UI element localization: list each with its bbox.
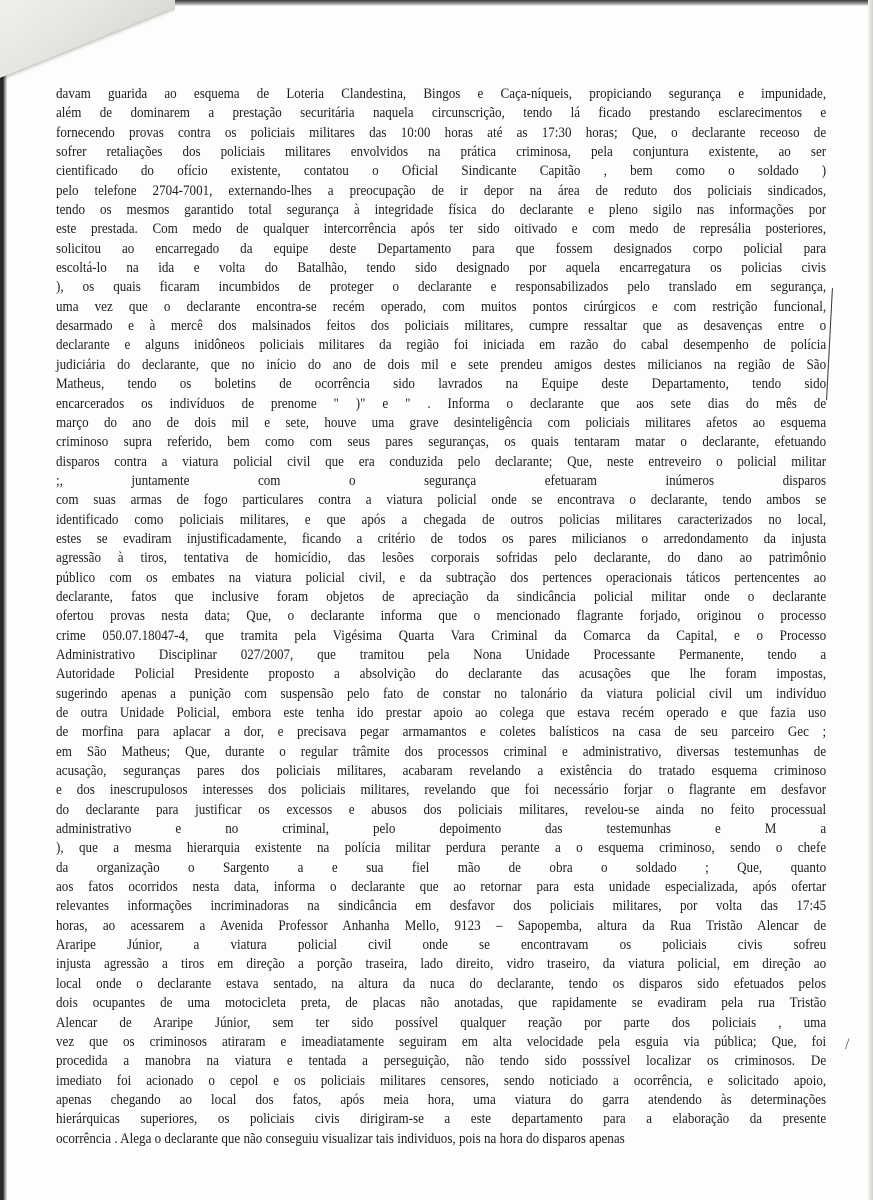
text-line: injusta agressão a tiros em direção a po… bbox=[56, 954, 826, 973]
text-line: vez que os criminosos atiraram e imeadia… bbox=[56, 1032, 826, 1051]
text-line: ;, juntamente com o segurança efetuaram … bbox=[56, 471, 826, 490]
text-line: estes se evadiram injustificadamente, fi… bbox=[56, 529, 826, 548]
text-line: de outra Unidade Policial, embora este t… bbox=[56, 703, 826, 722]
text-line: imediato foi acionado o cepol e os polic… bbox=[56, 1071, 826, 1090]
text-line: ocorrência . Alega o declarante que não … bbox=[56, 1129, 826, 1148]
text-line: ), os quais ficaram incumbidos de proteg… bbox=[56, 277, 826, 296]
text-line: apenas chegando ao local dos fatos, após… bbox=[56, 1090, 826, 1109]
text-line: tendo os mesmos garantido total seguranç… bbox=[56, 200, 826, 219]
document-body: davam guarida ao esquema de Loteria Clan… bbox=[56, 84, 826, 1148]
text-line: com suas armas de fogo particulares cont… bbox=[56, 490, 826, 509]
text-line: Autoridade Policial Presidente proposto … bbox=[56, 664, 826, 683]
text-line: davam guarida ao esquema de Loteria Clan… bbox=[56, 84, 826, 103]
text-line: e dos inescrupulosos interesses dos poli… bbox=[56, 780, 826, 799]
text-line: aos fatos ocorridos nesta data, informa … bbox=[56, 877, 826, 896]
text-line: este prestada. Com medo de qualquer inte… bbox=[56, 219, 826, 238]
text-line: solicitou ao encarregado da equipe deste… bbox=[56, 239, 826, 258]
text-line: Administrativo Disciplinar 027/2007, que… bbox=[56, 645, 826, 664]
text-line: além de dominarem a prestação securitári… bbox=[56, 103, 826, 122]
text-line: fornecendo provas contra os policiais mi… bbox=[56, 123, 826, 142]
text-line: sofrer retaliações dos policiais militar… bbox=[56, 142, 826, 161]
text-line: sugerindo apenas a punição com suspensão… bbox=[56, 684, 826, 703]
text-line: Matheus, tendo os boletins de ocorrência… bbox=[56, 374, 826, 393]
text-line: uma vez que o declarante encontra-se rec… bbox=[56, 297, 826, 316]
scan-left-edge bbox=[0, 0, 7, 1200]
text-line: em São Matheus; Que, durante o regular t… bbox=[56, 742, 826, 761]
text-line: do declarante para justificar os excesso… bbox=[56, 800, 826, 819]
text-line: dois ocupantes de uma motocicleta preta,… bbox=[56, 993, 826, 1012]
text-line: criminoso supra referido, bem como com s… bbox=[56, 432, 826, 451]
text-line: procedida a manobra na viatura e tentada… bbox=[56, 1051, 826, 1070]
text-line: pelo telefone 2704-7001, externando-lhes… bbox=[56, 181, 826, 200]
margin-slash-mark: / bbox=[845, 1036, 849, 1054]
text-line: escoltá-lo na ida e volta do Batalhão, t… bbox=[56, 258, 826, 277]
text-line: declarante, fatos que inclusive foram ob… bbox=[56, 587, 826, 606]
folded-page-corner bbox=[0, 0, 175, 95]
text-line: Alencar de Araripe Júnior, sem ter sido … bbox=[56, 1013, 826, 1032]
folded-flap bbox=[0, 0, 175, 90]
text-line: local onde o declarante estava sentado, … bbox=[56, 974, 826, 993]
text-line: desarmado e à mercê dos malsinados feito… bbox=[56, 316, 826, 335]
text-line: ), que a mesma hierarquia existente na p… bbox=[56, 838, 826, 857]
text-line: horas, ao acessarem a Avenida Professor … bbox=[56, 916, 826, 935]
text-line: hierárquicas superiores, os policiais ci… bbox=[56, 1109, 826, 1128]
text-line: da organização o Sargento a e sua fiel m… bbox=[56, 858, 826, 877]
text-line: crime 050.07.18047-4, que tramita pela V… bbox=[56, 626, 826, 645]
scan-right-edge bbox=[868, 0, 873, 1200]
text-line: Araripe Júnior, a viatura policial civil… bbox=[56, 935, 826, 954]
text-line: judiciária do declarante, que no início … bbox=[56, 355, 826, 374]
text-line: relevantes informações incriminadoras na… bbox=[56, 896, 826, 915]
text-line: cientificado do ofício existente, contat… bbox=[56, 161, 826, 180]
text-line: de morfina para aplacar a dor, e precisa… bbox=[56, 722, 826, 741]
text-line: acusação, seguranças pares dos policiais… bbox=[56, 761, 826, 780]
text-line: encarcerados os indivíduos de prenome " … bbox=[56, 394, 826, 413]
text-line: identificado como policiais militares, e… bbox=[56, 510, 826, 529]
text-line: administrativo e no criminal, pelo depoi… bbox=[56, 819, 826, 838]
text-line: ofertou provas nesta data; Que, o declar… bbox=[56, 606, 826, 625]
text-line: agressão à tiros, tentativa de homicídio… bbox=[56, 548, 826, 567]
text-line: declarante e alguns inidôneos policiais … bbox=[56, 335, 826, 354]
text-line: público com os embates na viatura polici… bbox=[56, 568, 826, 587]
text-line: março do ano de dois mil e sete, houve u… bbox=[56, 413, 826, 432]
handwritten-margin-line bbox=[826, 288, 833, 400]
text-line: disparos contra a viatura policial civil… bbox=[56, 452, 826, 471]
